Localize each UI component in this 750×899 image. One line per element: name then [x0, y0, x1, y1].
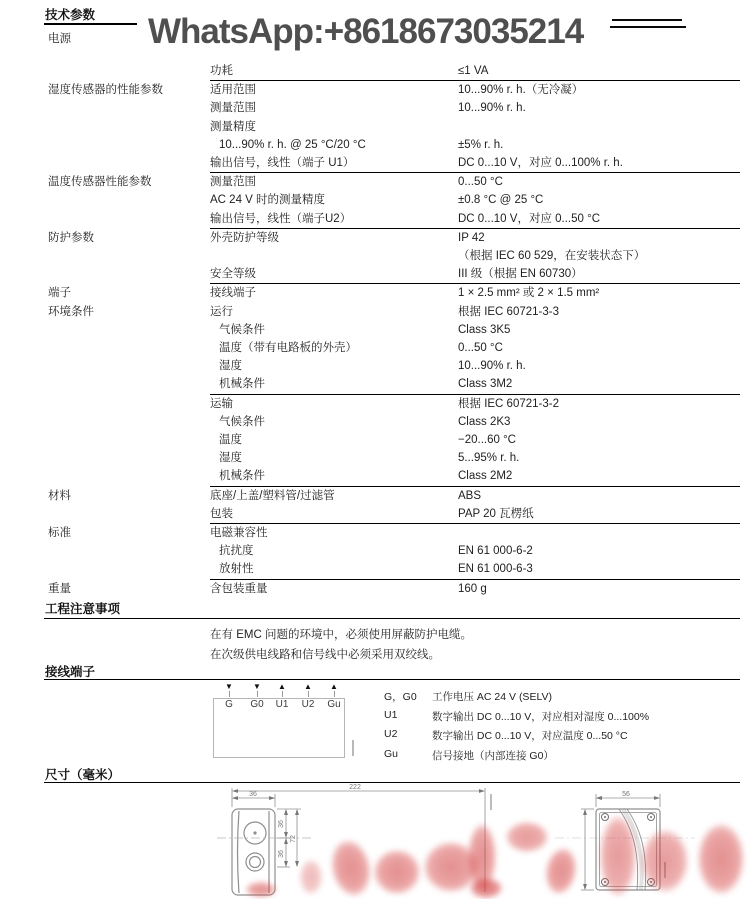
spec-group-label: 重量 [48, 583, 71, 595]
spec-value: Class 2K3 [458, 416, 510, 428]
spec-row: 气候条件Class 2K3 [48, 413, 740, 431]
spec-label: AC 24 V 时的测量精度 [210, 194, 325, 206]
spec-label: 运输 [210, 398, 233, 410]
spec-value: III 级（根据 EN 60730） [458, 268, 583, 280]
spec-label: 适用范围 [210, 84, 256, 96]
dim-label-height-upper: 36 [278, 820, 285, 828]
spec-row: 放射性EN 61 000-6-3 [48, 560, 740, 579]
title-underline [44, 23, 137, 25]
spec-value: −20...60 °C [458, 434, 516, 446]
spec-value: DC 0...10 V，对应 0...100% r. h. [458, 157, 623, 169]
spec-value: Class 3K5 [458, 324, 510, 336]
spec-value: Class 3M2 [458, 378, 512, 390]
spec-row: 抗扰度EN 61 000-6-2 [48, 542, 740, 560]
spec-value: 5...95% r. h. [458, 452, 519, 464]
spec-label: 功耗 [210, 65, 233, 77]
section-rule [44, 782, 740, 783]
spec-value: ≤1 VA [458, 65, 488, 77]
arrow-up-icon: ▲ [273, 682, 291, 691]
spec-label: 10...90% r. h. @ 25 °C/20 °C [219, 139, 366, 151]
spec-row: 安全等级III 级（根据 EN 60730） [48, 265, 740, 284]
spec-row: 包装PAP 20 瓦楞纸 [48, 505, 740, 524]
section-title-dimensions: 尺寸（毫米） [45, 765, 120, 783]
terminal-legend-row: U1数字输出 DC 0...10 V，对应相对湿度 0...100% [384, 709, 734, 729]
spec-value: DC 0...10 V，对应 0...50 °C [458, 213, 600, 225]
spec-row: 温度−20...60 °C [48, 431, 740, 449]
pin-tick [334, 691, 335, 697]
spec-row: AC 24 V 时的测量精度±0.8 °C @ 25 °C [48, 191, 740, 209]
spec-value: 160 g [458, 583, 487, 595]
spec-label: 放射性 [219, 563, 254, 575]
spec-row: 材料底座/上盖/塑料管/过滤管ABS [48, 487, 740, 505]
spec-value: 10...90% r. h. [458, 360, 526, 372]
spec-row: 环境条件运行根据 IEC 60721-3-3 [48, 303, 740, 321]
spec-row: 温度（带有电路板的外壳）0...50 °C [48, 339, 740, 357]
whatsapp-watermark: WhatsApp:+8618673035214 [148, 12, 648, 52]
spec-value: ABS [458, 490, 481, 502]
spec-label: 电磁兼容性 [210, 527, 268, 539]
red-watermark [374, 850, 420, 894]
terminal-legend-code: U1 [384, 709, 432, 721]
spec-label: 安全等级 [210, 268, 256, 280]
spec-row: （根据 IEC 60 529，在安装状态下） [48, 247, 740, 265]
terminal-legend-row: Gu信号接地（内部连接 G0） [384, 748, 734, 768]
section-title-terminals: 接线端子 [45, 662, 95, 680]
dim-label-front-width: 56 [622, 791, 630, 798]
spec-label: 输出信号，线性（端子U2） [210, 213, 351, 225]
spec-value: EN 61 000-6-3 [458, 563, 533, 575]
spec-group-label-power: 电源 [48, 30, 71, 46]
red-watermark [506, 822, 548, 852]
spec-row: 温度传感器性能参数测量范围0...50 °C [48, 173, 740, 191]
terminal-pin-G: ▼G [220, 682, 238, 710]
terminal-pin-label: U1 [273, 699, 291, 710]
spec-label: 湿度 [219, 360, 242, 372]
spec-label: 测量范围 [210, 102, 256, 114]
spec-value: 10...90% r. h.（无冷凝） [458, 84, 583, 96]
section-title-technical-parameters: 技术参数 [45, 5, 95, 23]
terminal-pin-G0: ▼G0 [248, 682, 266, 710]
arrow-up-icon: ▲ [325, 682, 343, 691]
dim-label-height-lower: 36 [278, 850, 285, 858]
spec-group-label: 环境条件 [48, 306, 94, 318]
spec-label: 温度 [219, 434, 242, 446]
terminal-legend: G，G0工作电压 AC 24 V (SELV)U1数字输出 DC 0...10 … [384, 689, 734, 767]
arrow-down-icon: ▼ [248, 682, 266, 691]
spec-row: 输出信号，线性（端子U2）DC 0...10 V，对应 0...50 °C [48, 210, 740, 229]
spec-label: 气候条件 [219, 324, 265, 336]
spec-row: 标准电磁兼容性 [48, 524, 740, 542]
spec-row: 运输根据 IEC 60721-3-2 [48, 395, 740, 413]
spec-value: （根据 IEC 60 529，在安装状态下） [458, 250, 645, 262]
red-watermark [642, 830, 688, 892]
terminal-legend-desc: 工作电压 AC 24 V (SELV) [432, 689, 734, 704]
terminal-legend-code: Gu [384, 748, 432, 760]
terminal-diagram: ▼G▼G0▲U1▲U2▲Gu [213, 680, 373, 762]
spec-row: 湿度传感器的性能参数适用范围10...90% r. h.（无冷凝） [48, 81, 740, 99]
spec-row: 防护参数外壳防护等级IP 42 [48, 229, 740, 247]
spec-row: 湿度10...90% r. h. [48, 357, 740, 375]
spec-label: 包装 [210, 508, 233, 520]
spec-label: 接线端子 [210, 287, 256, 299]
spec-group-label: 湿度传感器的性能参数 [48, 84, 163, 96]
spec-row: 机械条件Class 2M2 [48, 467, 740, 486]
terminal-pin-label: G [220, 699, 238, 710]
datasheet-page: 技术参数 WhatsApp:+8618673035214 电源 功耗≤1 VA湿… [0, 0, 750, 899]
terminal-pin-label: U2 [299, 699, 317, 710]
terminal-pin-U2: ▲U2 [299, 682, 317, 710]
spec-value: 0...50 °C [458, 176, 503, 188]
dim-front-height [581, 809, 594, 890]
terminal-legend-row: U2数字输出 DC 0...10 V，对应温度 0...50 °C [384, 728, 734, 748]
red-watermark [300, 860, 322, 894]
spec-label: 机械条件 [219, 378, 265, 390]
spec-label: 含包装重量 [210, 583, 268, 595]
spec-group-label: 端子 [48, 287, 71, 299]
spec-row: 功耗≤1 VA [48, 62, 740, 81]
engineering-note: 在次级供电线路和信号线中必须采用双绞线。 [210, 646, 690, 662]
spec-label: 温度（带有电路板的外壳） [219, 342, 357, 354]
terminal-legend-desc: 信号接地（内部连接 G0） [432, 748, 734, 763]
spec-value: EN 61 000-6-2 [458, 545, 533, 557]
spec-label: 测量精度 [210, 121, 256, 133]
spec-label: 测量范围 [210, 176, 256, 188]
pin-tick [308, 691, 309, 697]
arrow-up-icon: ▲ [299, 682, 317, 691]
terminal-legend-row: G，G0工作电压 AC 24 V (SELV) [384, 689, 734, 709]
spec-value: Class 2M2 [458, 470, 512, 482]
terminal-pin-label: Gu [325, 699, 343, 710]
spec-value: IP 42 [458, 232, 485, 244]
spec-row: 测量范围10...90% r. h. [48, 99, 740, 117]
spec-table: 功耗≤1 VA湿度传感器的性能参数适用范围10...90% r. h.（无冷凝）… [48, 62, 740, 598]
terminal-pin-Gu: ▲Gu [325, 682, 343, 710]
pin-tick [229, 691, 230, 697]
spec-group-label: 温度传感器性能参数 [48, 176, 152, 188]
spec-label: 外壳防护等级 [210, 232, 279, 244]
red-watermark [470, 878, 502, 898]
red-watermark [698, 824, 744, 894]
pin-tick [282, 691, 283, 697]
dim-label-housing-width: 36 [249, 791, 257, 798]
spec-value: 0...50 °C [458, 342, 503, 354]
spec-value: PAP 20 瓦楞纸 [458, 508, 534, 520]
terminal-pin-U1: ▲U1 [273, 682, 291, 710]
spec-label: 底座/上盖/塑料管/过滤管 [210, 490, 335, 502]
terminal-legend-desc: 数字输出 DC 0...10 V，对应相对湿度 0...100% [432, 709, 734, 724]
pin-tick [257, 691, 258, 697]
arrow-down-icon: ▼ [220, 682, 238, 691]
spec-row: 测量精度 [48, 118, 740, 136]
spec-value: 1 × 2.5 mm² 或 2 × 1.5 mm² [458, 287, 599, 299]
dim-label-overall: 222 [349, 784, 361, 791]
spec-label: 运行 [210, 306, 233, 318]
spec-value: 根据 IEC 60721-3-3 [458, 306, 559, 318]
spec-label: 机械条件 [219, 470, 265, 482]
section-rule [44, 679, 740, 680]
terminal-pin-label: G0 [248, 699, 266, 710]
terminal-legend-code: U2 [384, 728, 432, 740]
doc-id-mark [352, 740, 354, 756]
engineering-note: 在有 EMC 问题的环境中，必须使用屏蔽防护电缆。 [210, 626, 690, 642]
spec-label: 气候条件 [219, 416, 265, 428]
spec-row: 重量含包装重量160 g [48, 580, 740, 598]
spec-row: 10...90% r. h. @ 25 °C/20 °C±5% r. h. [48, 136, 740, 154]
section-rule [44, 618, 740, 619]
spec-value: ±0.8 °C @ 25 °C [458, 194, 543, 206]
spec-row: 机械条件Class 3M2 [48, 375, 740, 394]
spec-row: 输出信号，线性（端子 U1）DC 0...10 V，对应 0...100% r.… [48, 154, 740, 173]
spec-row: 气候条件Class 3K5 [48, 321, 740, 339]
side-view-details [244, 822, 266, 871]
section-title-engineering-notes: 工程注意事项 [45, 599, 120, 617]
spec-value: 10...90% r. h. [458, 102, 526, 114]
spec-label: 输出信号，线性（端子 U1） [210, 157, 354, 169]
terminal-legend-desc: 数字输出 DC 0...10 V，对应温度 0...50 °C [432, 728, 734, 743]
spec-value: 根据 IEC 60721-3-2 [458, 398, 559, 410]
spec-value: ±5% r. h. [458, 139, 503, 151]
spec-group-label: 防护参数 [48, 232, 94, 244]
red-watermark [600, 816, 636, 896]
spec-group-label: 标准 [48, 527, 71, 539]
spec-group-label: 材料 [48, 490, 71, 502]
spec-row: 湿度5...95% r. h. [48, 449, 740, 467]
red-watermark [246, 882, 276, 897]
spec-label: 抗扰度 [219, 545, 254, 557]
spec-label: 湿度 [219, 452, 242, 464]
terminal-legend-code: G，G0 [384, 689, 432, 704]
spec-row: 端子接线端子1 × 2.5 mm² 或 2 × 1.5 mm² [48, 284, 740, 302]
dim-label-height-total: 72 [290, 835, 297, 843]
